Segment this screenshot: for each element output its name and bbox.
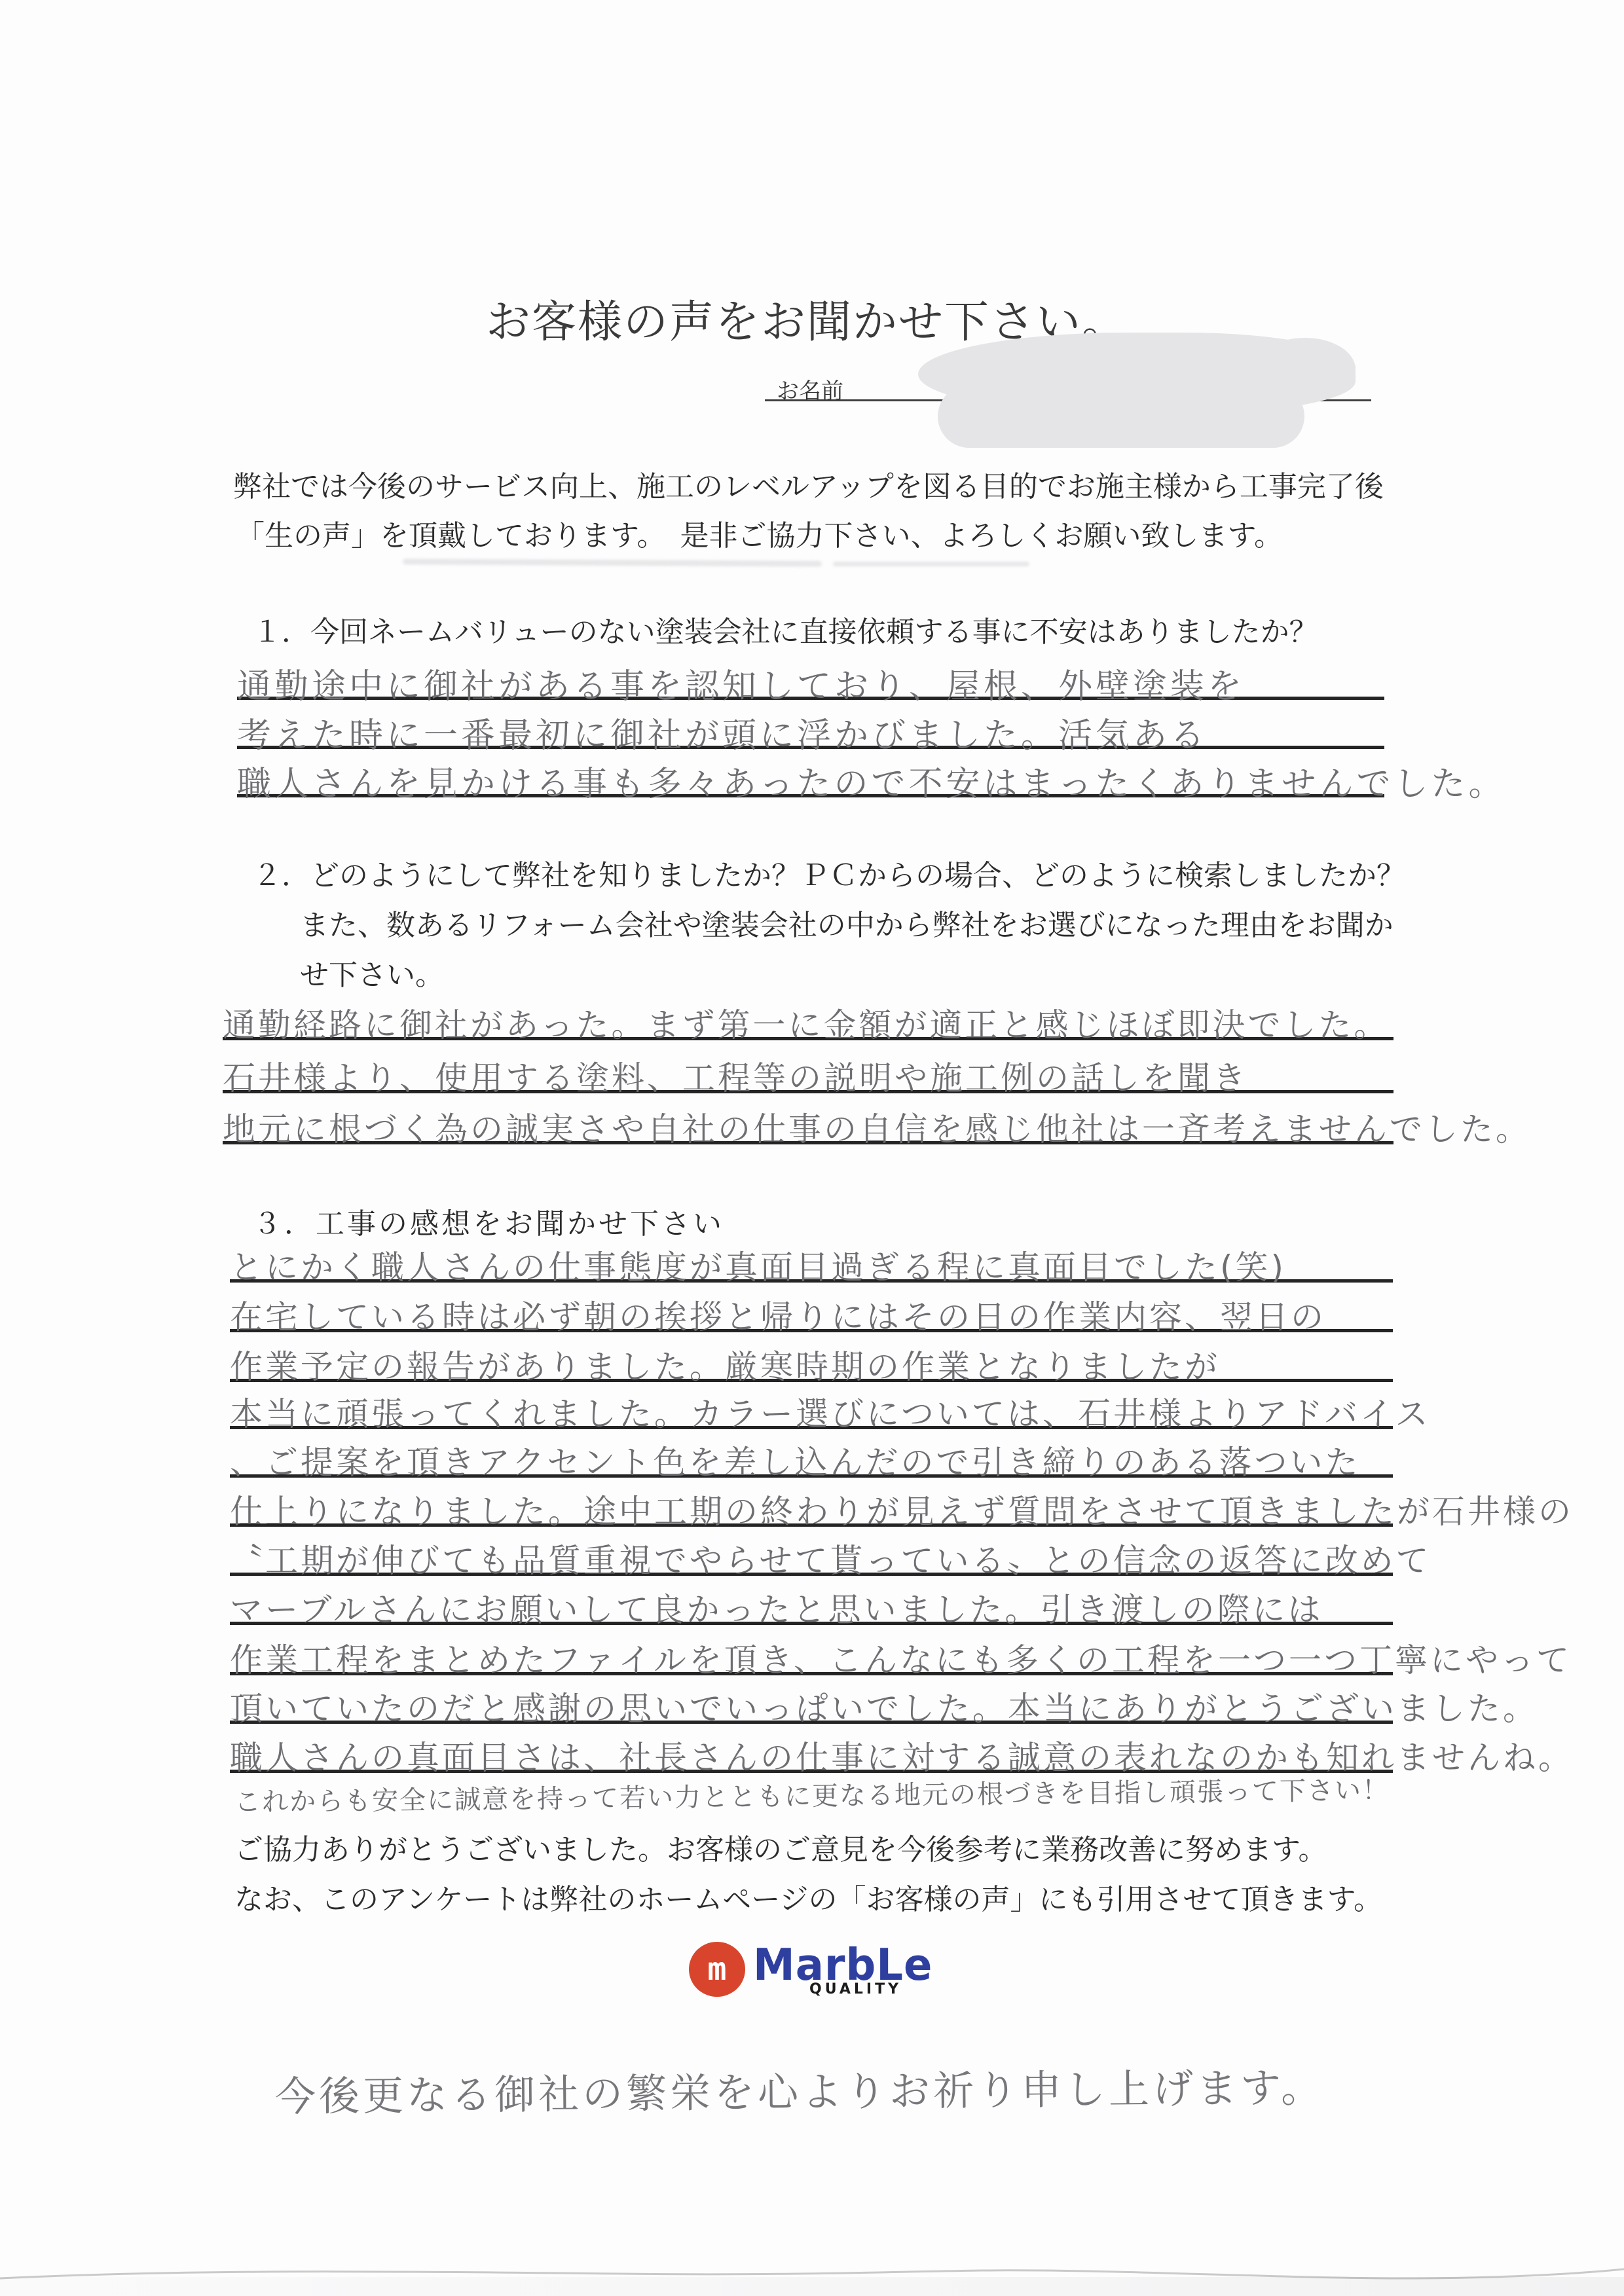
scanned-survey-page: お客様の声をお聞かせ下さい。 お名前 弊社では今後のサービス向上、施工のレベルア…	[0, 0, 1624, 2296]
paper-edge-artifact	[0, 0, 1624, 2296]
paper-edge-shadow	[0, 2277, 1624, 2296]
